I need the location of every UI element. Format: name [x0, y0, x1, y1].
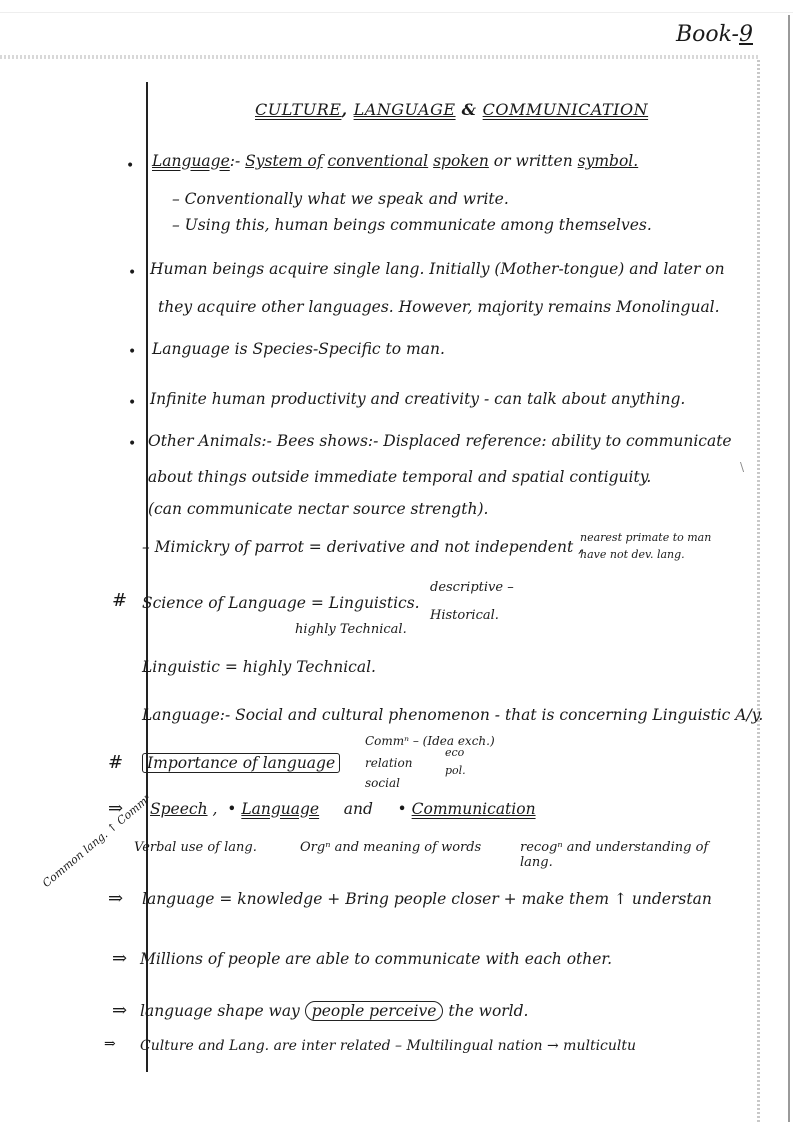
note-line: they acquire other languages. However, m…	[158, 298, 720, 316]
title-language: LANGUAGE	[354, 100, 456, 119]
term: Language	[152, 152, 230, 170]
note-line: – Conventionally what we speak and write…	[172, 190, 509, 208]
circled-term: people perceive	[305, 1001, 444, 1021]
arrow-icon: ⇒	[112, 948, 127, 969]
word: spoken	[433, 152, 489, 170]
word: symbol.	[578, 152, 639, 170]
word: language shape way	[140, 1002, 300, 1020]
note-science: Science of Language = Linguistics.	[142, 594, 420, 612]
note-language-def: Language:- System of conventional spoken…	[152, 152, 638, 170]
title-culture: CULTURE	[255, 100, 341, 119]
scan-edge	[0, 0, 793, 13]
boxed-term: Importance of language	[142, 753, 340, 773]
bullet-icon: •	[128, 395, 136, 411]
arrow-icon: ⇒	[104, 1036, 116, 1052]
margin-line	[146, 82, 148, 1072]
side-note: nearest primate to man have not dev. lan…	[580, 530, 730, 563]
note-speech-lang-comm: Speech , • Language and • Communication	[150, 800, 536, 818]
page-right-rule	[757, 60, 760, 1122]
note-importance: Importance of language	[142, 754, 340, 772]
note-culture-lang: Culture and Lang. are inter related – Mu…	[140, 1038, 636, 1054]
sub-pol: pol.	[445, 764, 466, 777]
importance-social: social	[365, 776, 400, 790]
word: and	[344, 800, 373, 818]
word: the world.	[448, 1002, 528, 1020]
note-linguistic: Linguistic = highly Technical.	[142, 658, 376, 676]
note-social: Language:- Social and cultural phenomeno…	[142, 706, 763, 724]
bullet-icon: •	[126, 158, 134, 174]
word: or written	[494, 152, 573, 170]
note-millions: Millions of people are able to communica…	[140, 950, 612, 968]
note-line: Infinite human productivity and creativi…	[150, 390, 685, 408]
hash-icon: #	[112, 590, 127, 611]
note-line: Human beings acquire single lang. Initia…	[150, 260, 725, 278]
bullet-icon: •	[128, 344, 136, 360]
bullet-icon: •	[128, 436, 136, 452]
note-line: (can communicate nectar source strength)…	[148, 500, 488, 518]
note-shape-world: language shape way people perceive the w…	[140, 1002, 529, 1020]
arrow-icon: ⇒	[112, 1000, 127, 1021]
word: Language	[241, 800, 319, 818]
branch-historical: Historical.	[430, 608, 499, 623]
book-number: 9	[739, 22, 753, 47]
book-label: Book-9	[676, 22, 753, 47]
bullet-icon: •	[128, 265, 136, 281]
note-sub: highly Technical.	[295, 622, 407, 637]
sep: :-	[230, 152, 245, 170]
note-line: Language is Species-Specific to man.	[152, 340, 445, 358]
hash-icon: #	[108, 752, 123, 773]
note-mimickry: – Mimickry of parrot = derivative and no…	[142, 538, 583, 556]
arrow-icon: ⇒	[108, 888, 123, 909]
title-sep: &	[456, 100, 483, 119]
page-title: CULTURE, LANGUAGE & COMMUNICATION	[255, 100, 648, 119]
stray-mark: \	[740, 460, 744, 474]
page-edge	[788, 15, 790, 1122]
book-prefix: Book-	[676, 22, 739, 47]
importance-relation: relation	[365, 756, 412, 770]
page-top-rule	[0, 55, 760, 59]
note-line: Other Animals:- Bees shows:- Displaced r…	[148, 432, 732, 450]
def-language: Orgⁿ and meaning of words	[300, 840, 481, 855]
title-sep: ,	[341, 100, 353, 119]
word: System of	[245, 152, 322, 170]
word: Speech	[150, 800, 208, 818]
note-language-knowledge: language = knowledge + Bring people clos…	[142, 890, 712, 908]
note-line: – Using this, human beings communicate a…	[172, 216, 652, 234]
word: Communication	[412, 800, 536, 818]
note-line: about things outside immediate temporal …	[148, 468, 651, 486]
title-communication: COMMUNICATION	[483, 100, 648, 119]
def-speech: Verbal use of lang.	[134, 840, 257, 855]
sub-eco: eco	[445, 746, 464, 759]
def-communication: recogⁿ and understanding of lang.	[520, 840, 730, 870]
branch-descriptive: descriptive –	[430, 580, 514, 595]
word: conventional	[328, 152, 429, 170]
importance-comm: Commⁿ – (Idea exch.)	[365, 734, 495, 748]
